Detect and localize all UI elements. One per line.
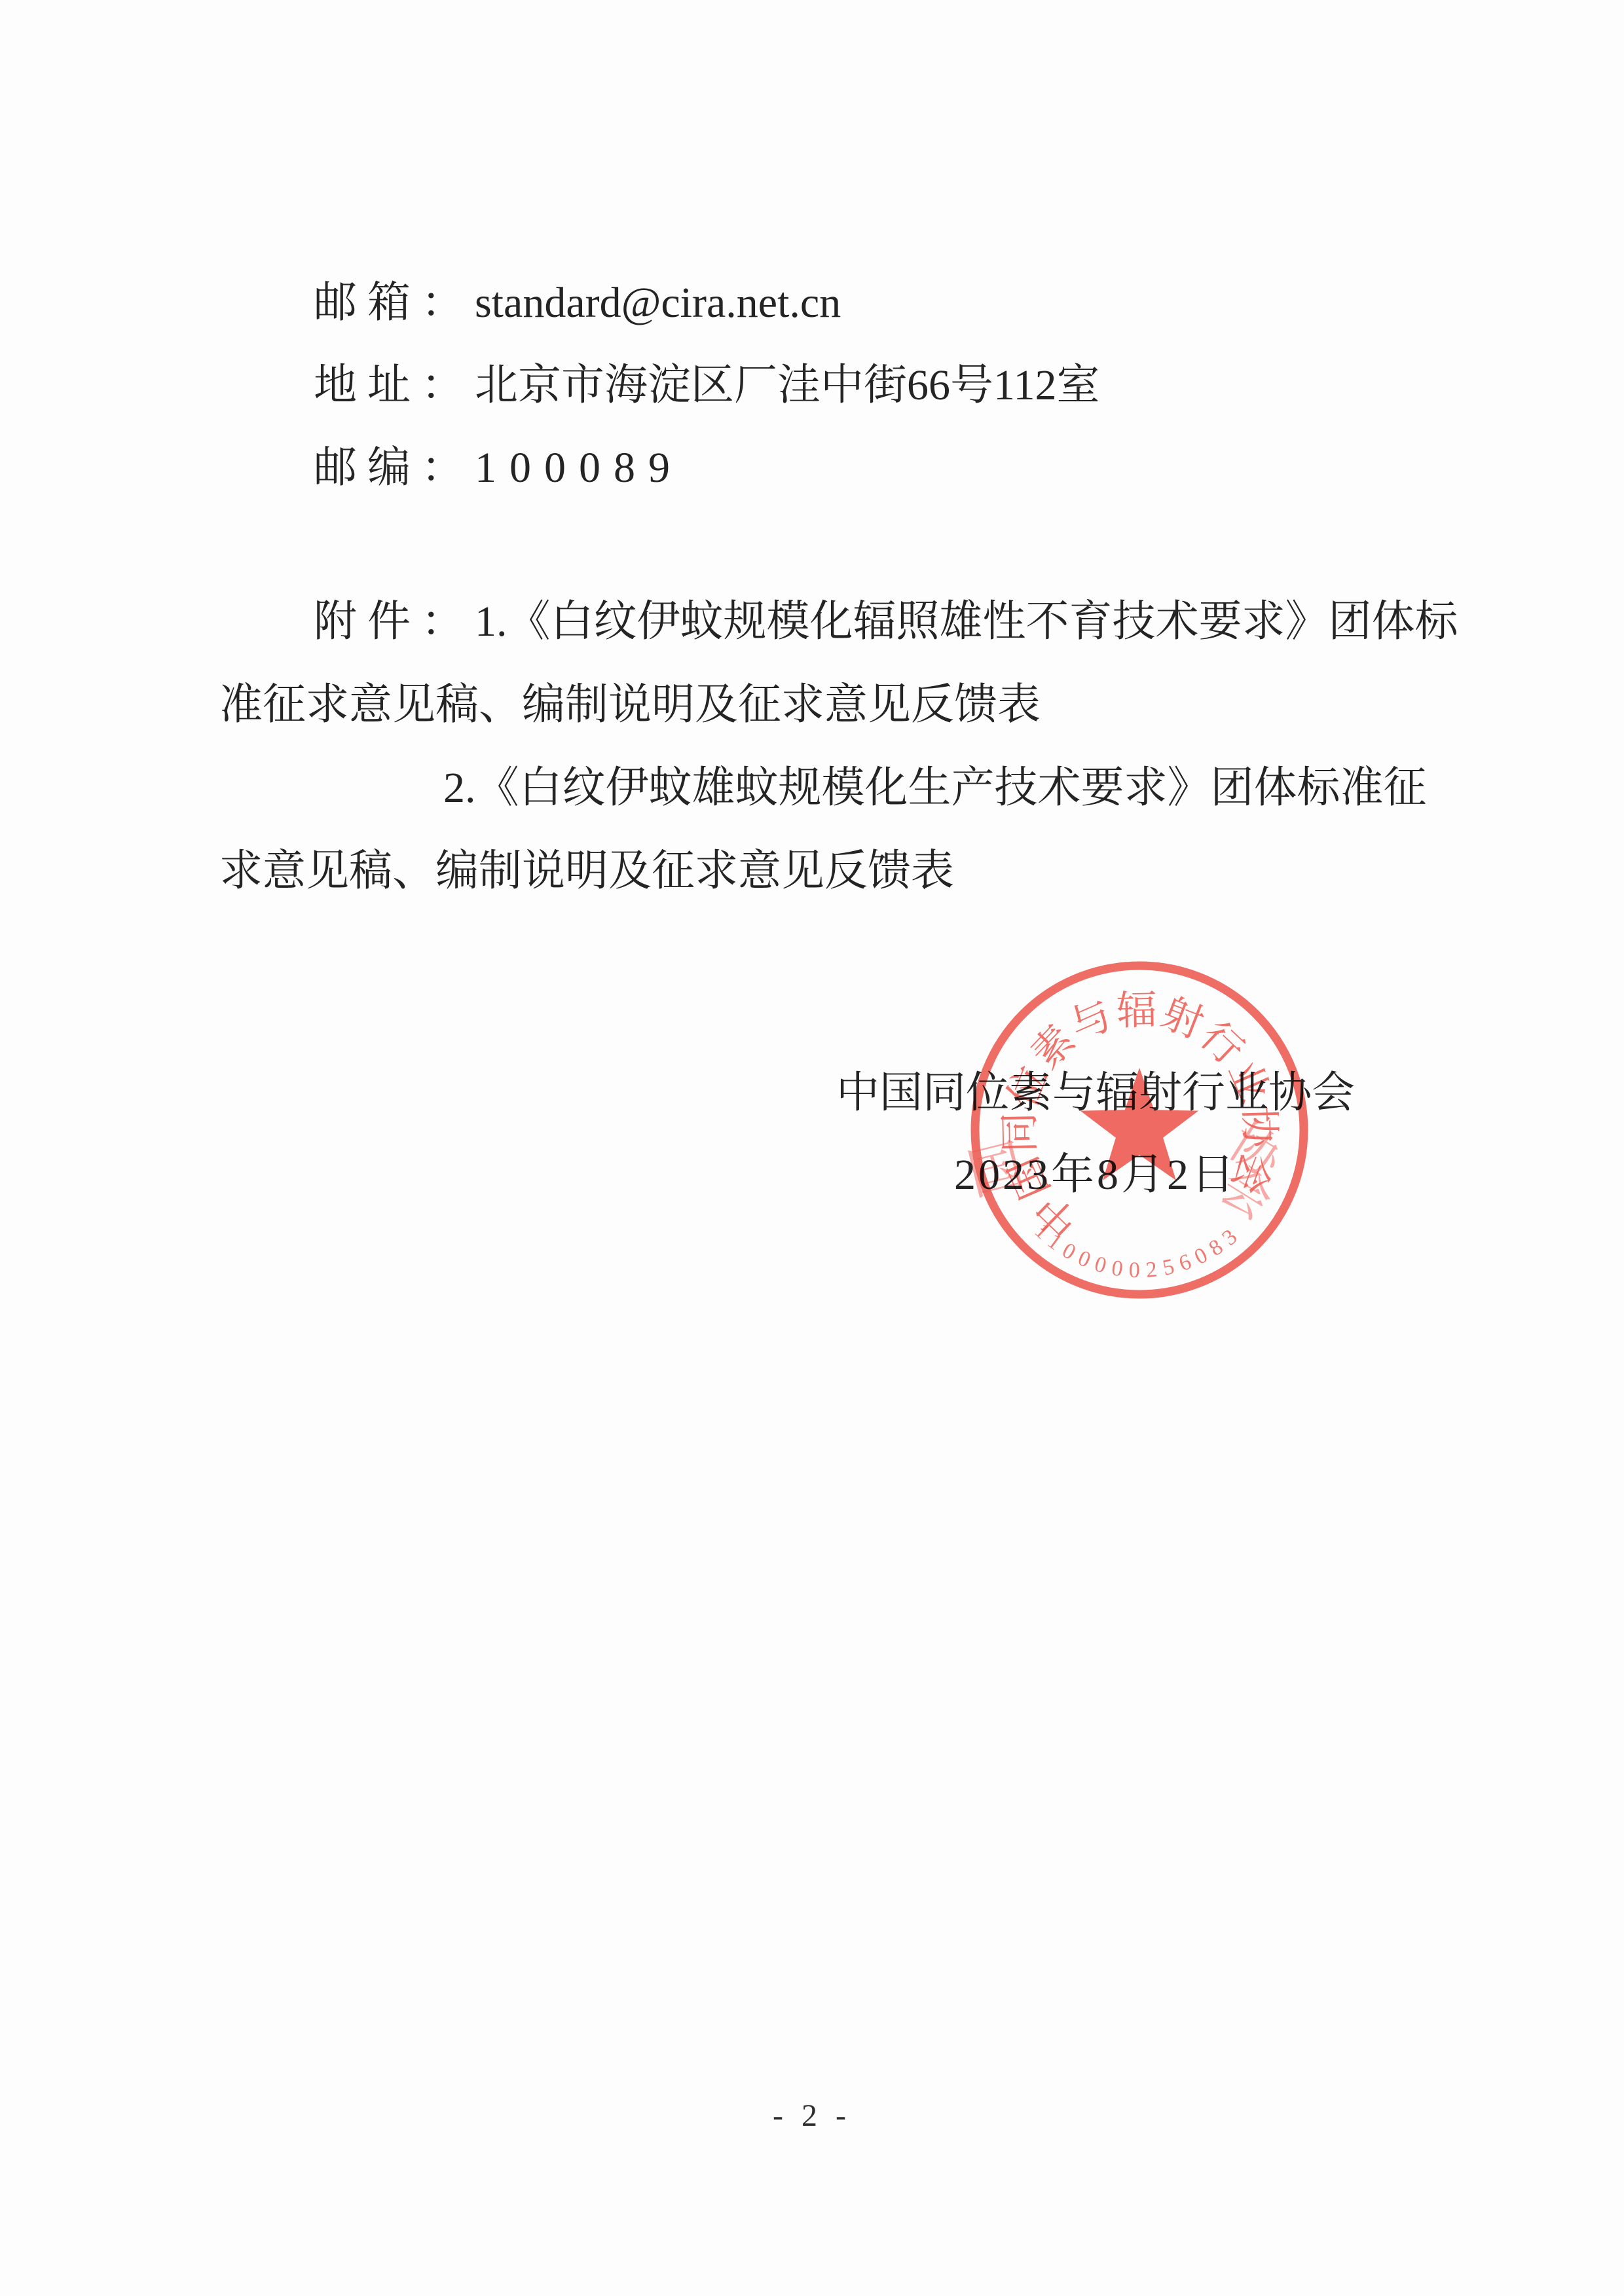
attachment-2-text-start: 2.《白纹伊蚊雄蚊规模化生产技术要求》团体标准征	[443, 764, 1427, 812]
contact-postcode-line: 邮编：100089	[314, 446, 683, 490]
postcode-value: 100089	[475, 444, 683, 492]
attachment-1-line-1: 附件：1.《白纹伊蚊规模化辐照雄性不育技术要求》团体标	[314, 600, 1458, 644]
attachment-2-line-2: 求意见稿、编制说明及征求意见反馈表	[219, 850, 954, 893]
attachment-2-text-end: 求意见稿、编制说明及征求意见反馈表	[219, 847, 954, 895]
email-value: standard@cira.net.cn	[475, 279, 841, 327]
attachment-2-line-1: 2.《白纹伊蚊雄蚊规模化生产技术要求》团体标准征	[443, 767, 1427, 810]
attachment-1-line-2: 准征求意见稿、编制说明及征求意见反馈表	[219, 683, 1041, 727]
address-label: 地址：	[314, 361, 475, 409]
contact-email-line: 邮箱：standard@cira.net.cn	[314, 282, 841, 325]
email-label: 邮箱：	[314, 279, 475, 327]
scanned-letter-page: 邮箱：standard@cira.net.cn 地址：北京市海淀区厂洼中街66号…	[0, 0, 1624, 2296]
postcode-label: 邮编：	[314, 444, 475, 492]
attachments-heading: 附件：	[314, 598, 475, 646]
official-seal-stamp: 中国同位素与辐射行业协会 1100000256083 国 协 会	[943, 934, 1336, 1326]
address-value: 北京市海淀区厂洼中街66号112室	[475, 361, 1100, 409]
contact-address-line: 地址：北京市海淀区厂洼中街66号112室	[314, 364, 1100, 407]
star-icon	[1080, 1068, 1199, 1180]
attachment-1-text-start: 1.《白纹伊蚊规模化辐照雄性不育技术要求》团体标	[475, 598, 1458, 646]
page-number: - 2 -	[0, 2100, 1624, 2132]
attachment-1-text-end: 准征求意见稿、编制说明及征求意见反馈表	[219, 681, 1041, 729]
